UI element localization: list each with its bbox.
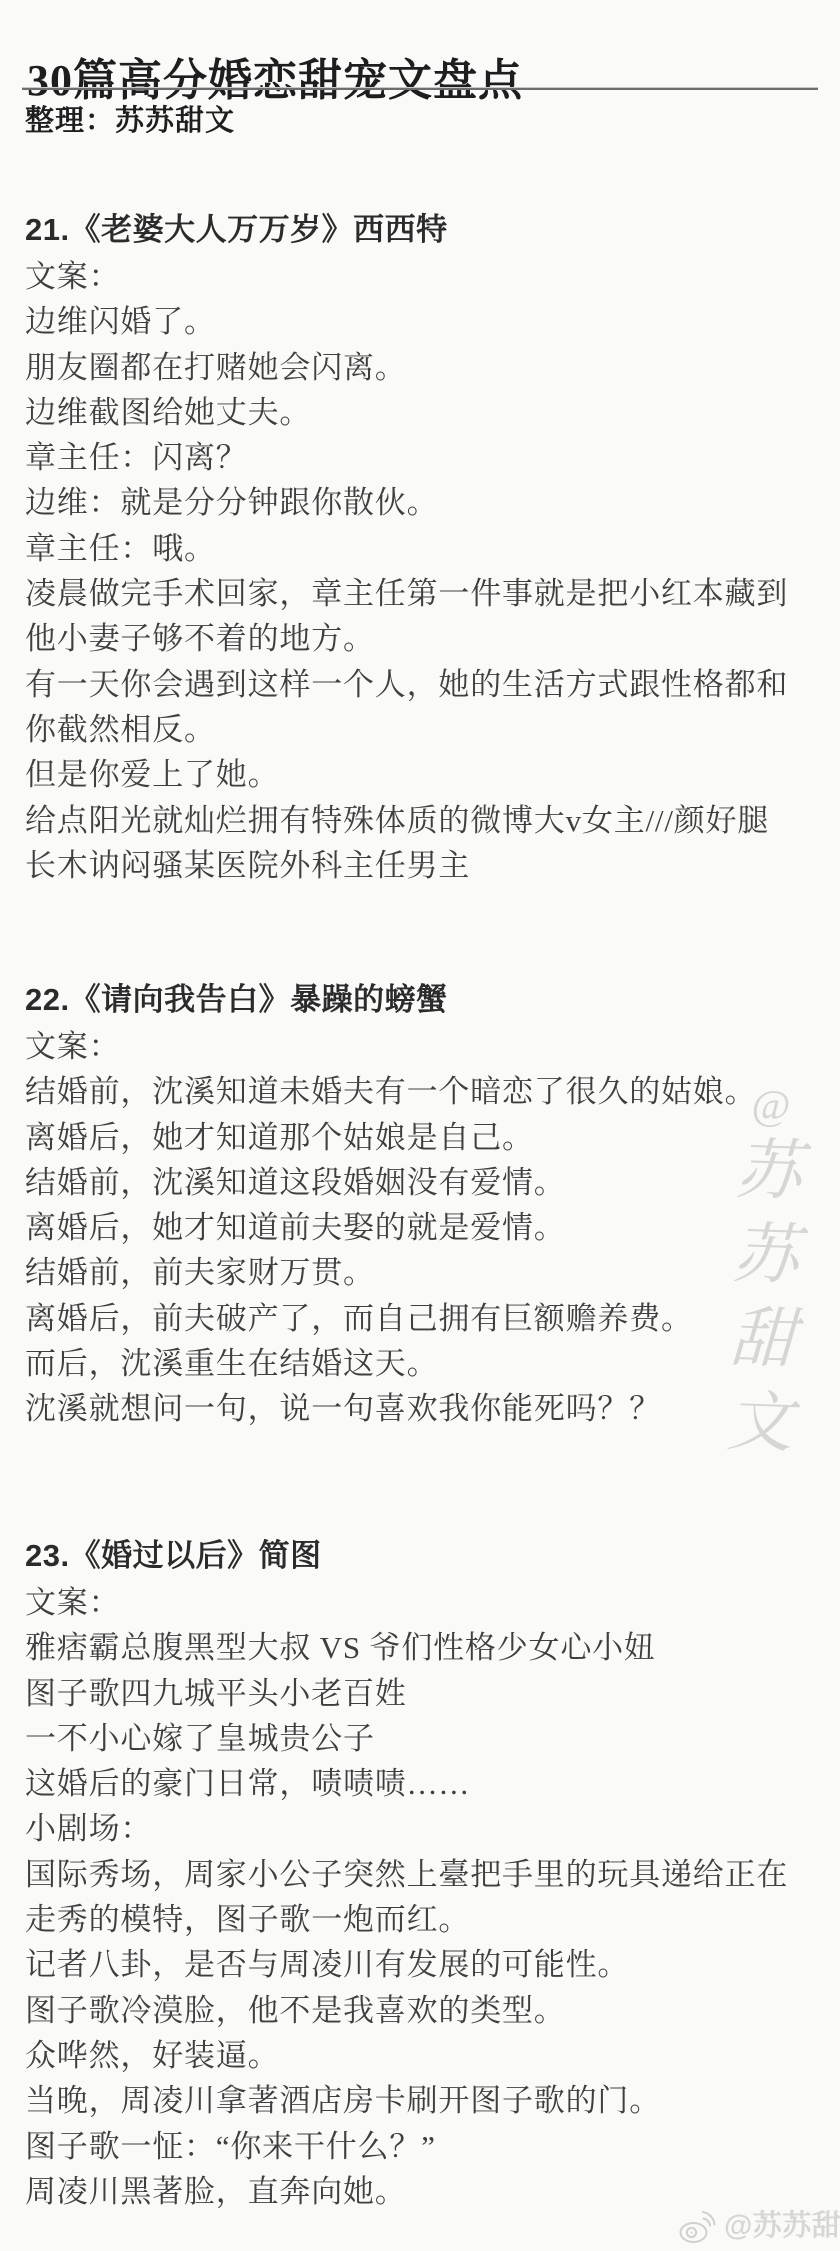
- title-divider: [22, 88, 818, 90]
- book-title-heading: 23.《婚过以后》简图: [25, 1532, 820, 1580]
- text-line: 章主任：哦。: [25, 526, 820, 571]
- book-entry-22: 22.《请向我告白》暴躁的螃蟹 文案：结婚前，沈溪知道未婚夫有一个暗恋了很久的姑…: [25, 976, 820, 1432]
- text-line: 结婚前，沈溪知道这段婚姻没有爱情。: [25, 1160, 820, 1205]
- text-line: 离婚后，前夫破产了，而自己拥有巨额赡养费。: [25, 1296, 820, 1341]
- book-title-heading: 22.《请向我告白》暴躁的螃蟹: [25, 976, 820, 1024]
- book-description: 文案：雅痞霸总腹黑型大叔 VS 爷们性格少女心小妞图子歌四九城平头小老百姓一不小…: [25, 1580, 820, 2214]
- text-line: 有一天你会遇到这样一个人，她的生活方式跟性格都和: [25, 662, 820, 707]
- text-line: 文案：: [25, 254, 820, 299]
- text-line: 众哗然，好装逼。: [25, 2033, 820, 2078]
- vertical-handwritten-watermark: @苏苏甜文: [721, 1081, 808, 1467]
- text-line: 离婚后，她才知道前夫娶的就是爱情。: [25, 1205, 820, 1250]
- text-line: 结婚前，前夫家财万贯。: [25, 1250, 820, 1295]
- text-line: 结婚前，沈溪知道未婚夫有一个暗恋了很久的姑娘。: [25, 1069, 820, 1114]
- watermark-character: 甜: [728, 1297, 797, 1383]
- text-line: 这婚后的豪门日常，啧啧啧……: [25, 1761, 820, 1806]
- text-line: 而后，沈溪重生在结婚这天。: [25, 1341, 820, 1386]
- text-line: 当晚，周凌川拿著酒店房卡刷开图子歌的门。: [25, 2078, 820, 2123]
- text-line: 雅痞霸总腹黑型大叔 VS 爷们性格少女心小妞: [25, 1625, 820, 1670]
- text-line: 沈溪就想问一句，说一句喜欢我你能死吗？？: [25, 1386, 820, 1431]
- text-line: 文案：: [25, 1024, 820, 1069]
- text-line: 边维：就是分分钟跟你散伙。: [25, 480, 820, 525]
- text-line: 朋友圈都在打赌她会闪离。: [25, 345, 820, 390]
- text-line: 图子歌冷漠脸，他不是我喜欢的类型。: [25, 1988, 820, 2033]
- text-line: 小剧场：: [25, 1806, 820, 1851]
- text-line: 文案：: [25, 1580, 820, 1625]
- book-entry-21: 21.《老婆大人万万岁》西西特 文案：边维闪婚了。朋友圈都在打赌她会闪离。边维截…: [25, 206, 820, 888]
- book-description: 文案：结婚前，沈溪知道未婚夫有一个暗恋了很久的姑娘。离婚后，她才知道那个姑娘是自…: [25, 1024, 820, 1432]
- text-line: 图子歌四九城平头小老百姓: [25, 1671, 820, 1716]
- text-line: 边维截图给她丈夫。: [25, 390, 820, 435]
- text-line: 但是你爱上了她。: [25, 752, 820, 797]
- watermark-character: 苏: [734, 1129, 803, 1215]
- text-line: 他小妻子够不着的地方。: [25, 616, 820, 661]
- book-title-heading: 21.《老婆大人万万岁》西西特: [25, 206, 820, 254]
- watermark-character: 苏: [731, 1213, 800, 1299]
- text-line: 国际秀场，周家小公子突然上臺把手里的玩具递给正在: [25, 1852, 820, 1897]
- bottom-watermark-text: @苏苏甜文: [724, 2206, 840, 2246]
- weibo-eye-logo-icon: [678, 2207, 718, 2245]
- watermark-character: 文: [725, 1381, 794, 1467]
- text-line: 一不小心嫁了皇城贵公子: [25, 1716, 820, 1761]
- text-line: 你截然相反。: [25, 707, 820, 752]
- bottom-watermark: @苏苏甜文: [678, 2206, 840, 2246]
- text-line: 记者八卦，是否与周凌川有发展的可能性。: [25, 1942, 820, 1987]
- book-entry-23: 23.《婚过以后》简图 文案：雅痞霸总腹黑型大叔 VS 爷们性格少女心小妞图子歌…: [25, 1532, 820, 2214]
- text-line: 给点阳光就灿烂拥有特殊体质的微博大v女主///颜好腿: [25, 798, 820, 843]
- book-list-page: 30篇高分婚恋甜宠文盘点 整理：苏苏甜文 21.《老婆大人万万岁》西西特 文案：…: [0, 0, 840, 2251]
- watermark-character: @: [751, 1081, 791, 1130]
- book-description: 文案：边维闪婚了。朋友圈都在打赌她会闪离。边维截图给她丈夫。章主任：闪离？边维：…: [25, 254, 820, 888]
- text-line: 凌晨做完手术回家，章主任第一件事就是把小红本藏到: [25, 571, 820, 616]
- text-line: 章主任：闪离？: [25, 435, 820, 480]
- text-line: 边维闪婚了。: [25, 299, 820, 344]
- text-line: 走秀的模特，图子歌一炮而红。: [25, 1897, 820, 1942]
- text-line: 长木讷闷骚某医院外科主任男主: [25, 843, 820, 888]
- text-line: 离婚后，她才知道那个姑娘是自己。: [25, 1115, 820, 1160]
- text-line: 图子歌一怔：“你来干什么？”: [25, 2124, 820, 2169]
- curator-line: 整理：苏苏甜文: [25, 99, 235, 143]
